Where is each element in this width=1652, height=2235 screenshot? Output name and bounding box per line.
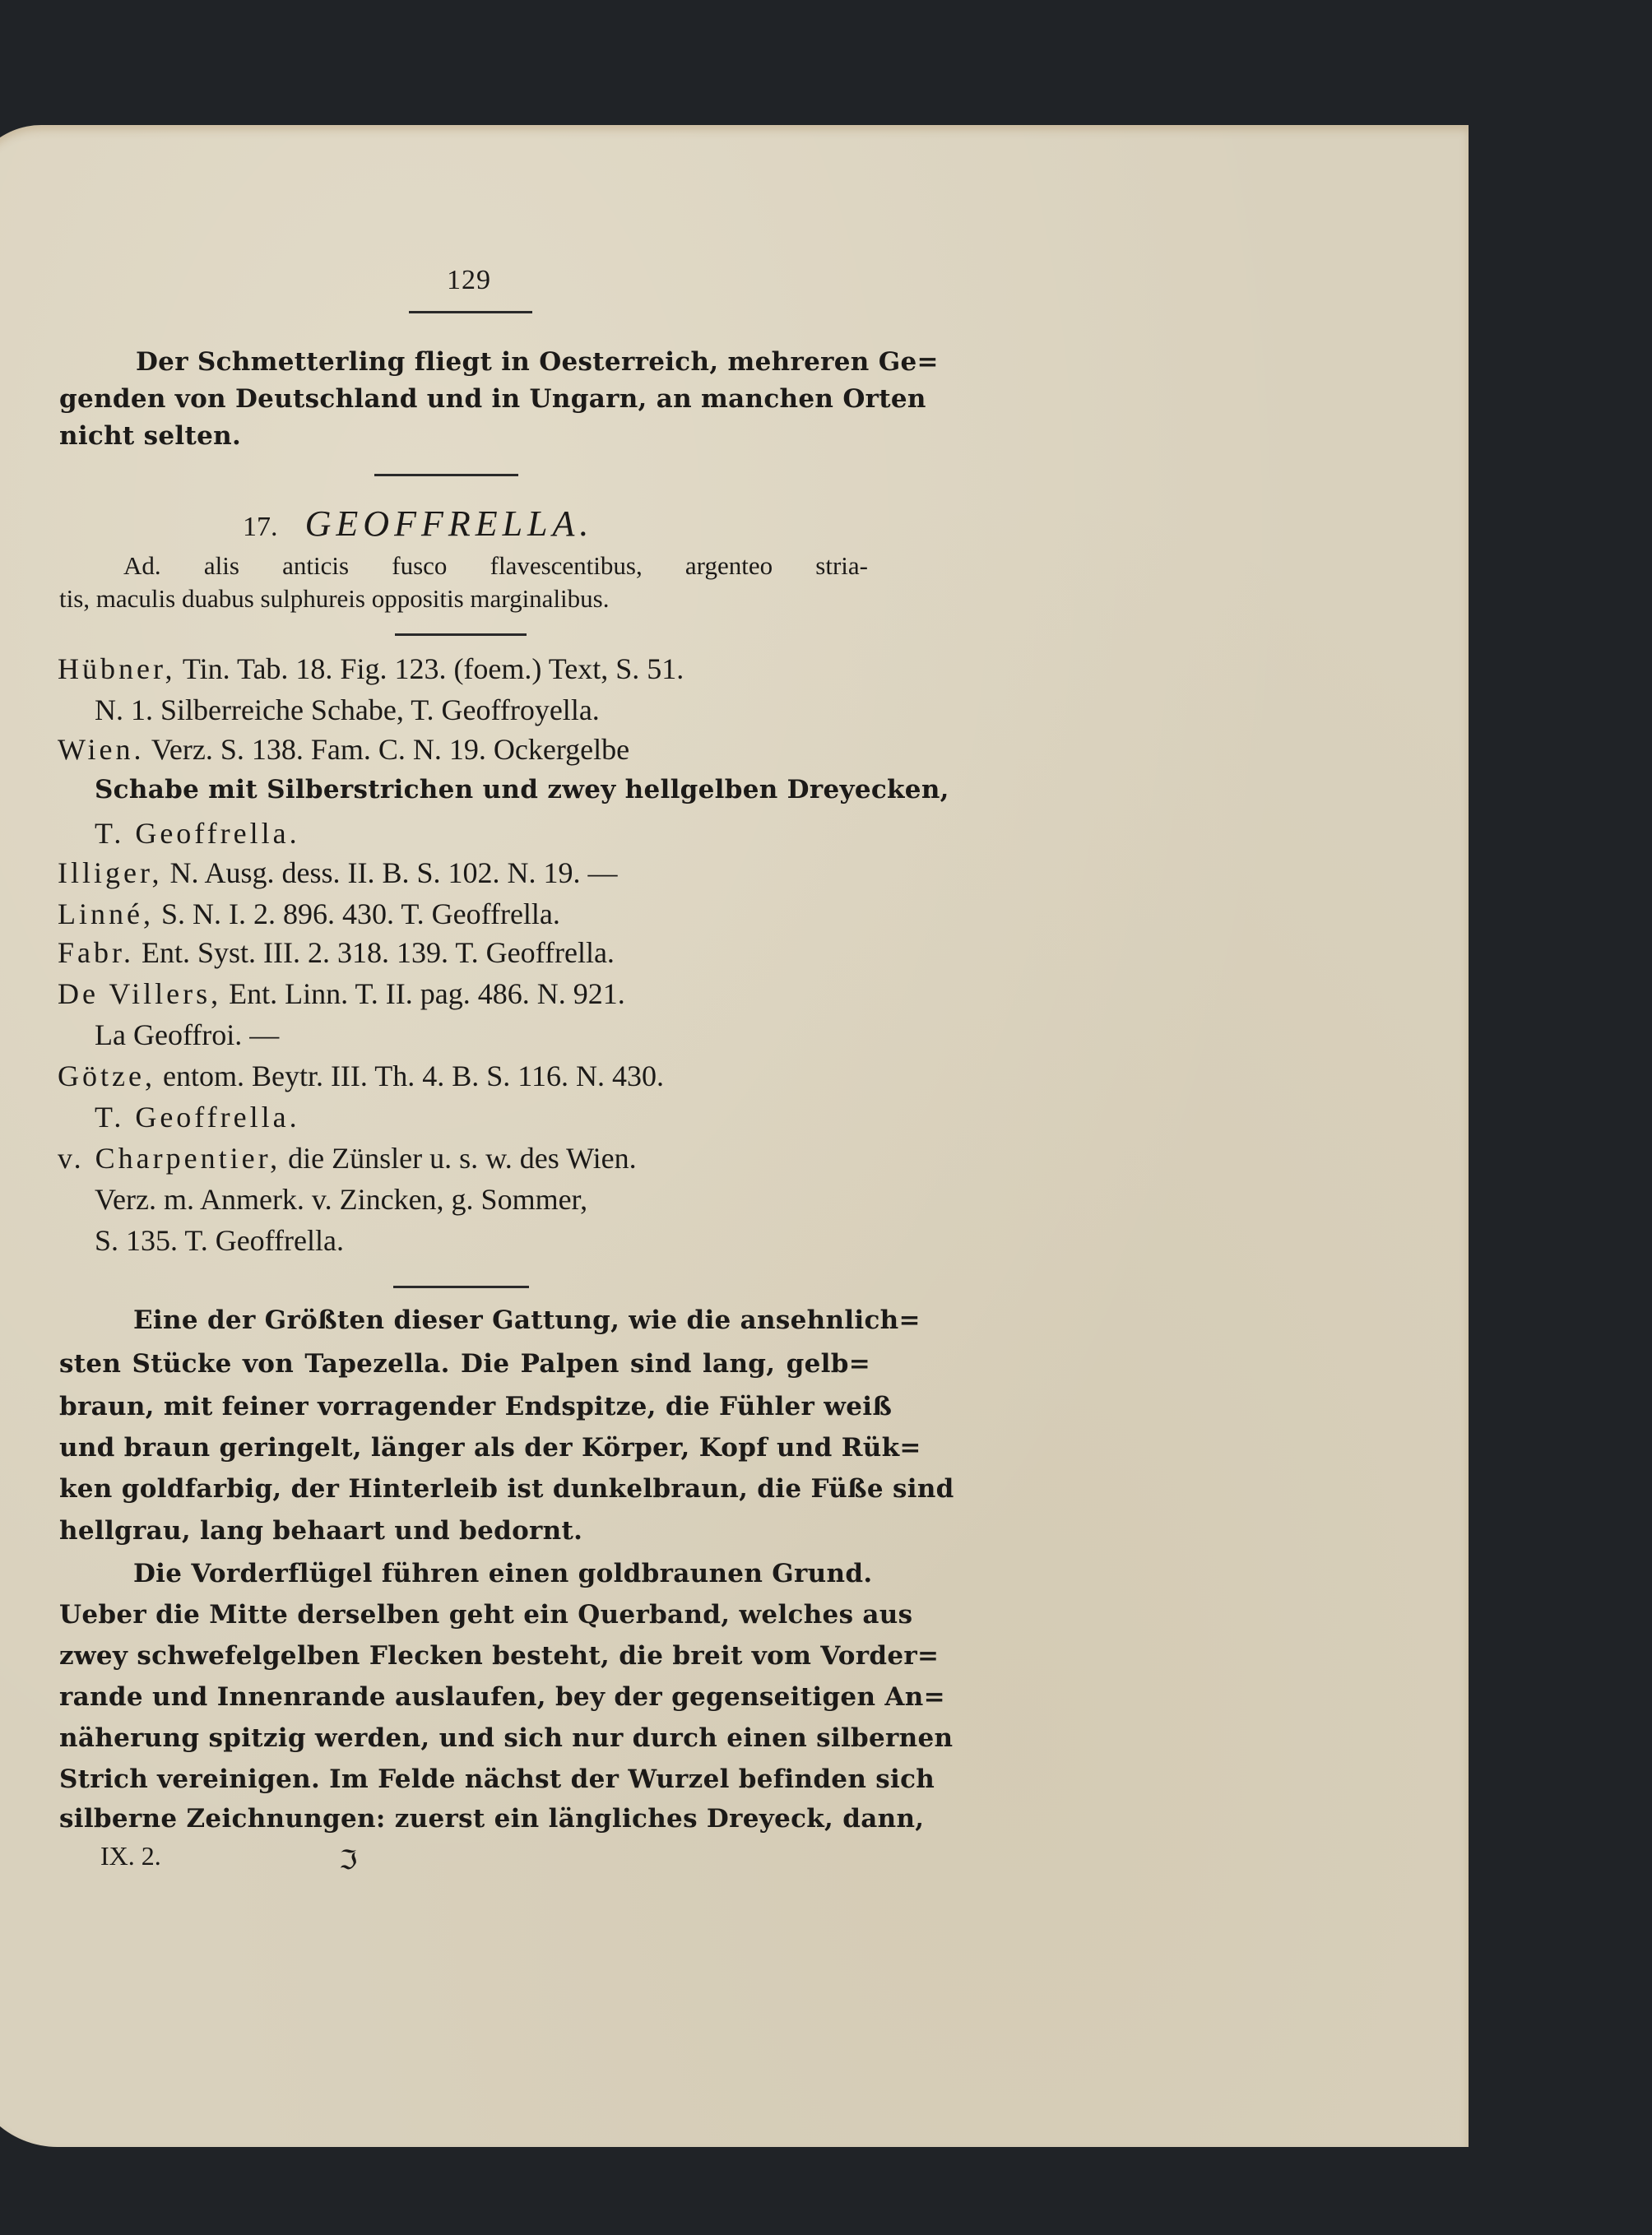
reference-charpentier: v. Charpentier, die Zünsler u. s. w. des… (58, 1143, 637, 1173)
section-divider (374, 474, 518, 476)
description-line: hellgrau, lang behaart und bedornt. (59, 1519, 582, 1544)
reference-text: S. N. I. 2. 896. 430. T. Geoffrella. (161, 897, 560, 930)
reference-text: entom. Beytr. III. Th. 4. B. S. 116. N. … (163, 1060, 664, 1092)
reference-text: Tin. Tab. 18. Fig. 123. (foem.) Text, S.… (183, 652, 684, 685)
description-line: braun, mit feiner vorragender Endspitze,… (59, 1394, 870, 1420)
reference-author: Fabr. (58, 936, 134, 969)
reference-text: Ent. Syst. III. 2. 318. 139. T. Geoffrel… (142, 936, 615, 969)
reference-author: Linné, (58, 897, 154, 930)
catchword-mark: ℑ (339, 1847, 357, 1873)
description-line: Die Vorderflügel führen einen goldbraune… (133, 1561, 870, 1587)
section-divider (393, 1286, 529, 1288)
reference-author: Götze, (58, 1060, 155, 1092)
description-line: Strich vereinigen. Im Felde nächst der W… (59, 1767, 870, 1792)
description-line: Eine der Größten dieser Gattung, wie die… (133, 1308, 870, 1333)
reference-text: S. 135. T. Geoffrella. (95, 1226, 344, 1255)
description-line: Ueber die Mitte derselben geht ein Querb… (59, 1602, 870, 1628)
reference-author: De Villers, (58, 977, 221, 1010)
reference-text: La Geoffroi. — (95, 1020, 279, 1050)
reference-text: N. 1. Silberreiche Schabe, T. Geoffroyel… (95, 695, 600, 725)
reference-author: Wien. (58, 733, 145, 766)
reference-text: Ent. Linn. T. II. pag. 486. N. 921. (229, 977, 625, 1010)
page-number: 129 (395, 265, 543, 296)
species-name: GEOFFRELLA. (305, 503, 594, 544)
reference-author: v. Charpentier, (58, 1142, 281, 1175)
species-diagnosis-line: tis, maculis duabus sulphureis oppositis… (59, 586, 609, 611)
section-divider (395, 633, 527, 636)
description-line: näherung spitzig werden, und sich nur du… (59, 1726, 870, 1751)
reference-text: N. Ausg. dess. II. B. S. 102. N. 19. — (170, 856, 618, 889)
description-line: und braun geringelt, länger als der Körp… (59, 1435, 870, 1461)
description-line: rande und Innenrande auslaufen, bey der … (59, 1685, 870, 1710)
reference-text: T. Geoffrella. (95, 1102, 300, 1132)
reference-author: Illiger, (58, 856, 163, 889)
description-line: zwey schwefelgelben Flecken besteht, die… (59, 1644, 870, 1669)
signature-mark: IX. 2. (100, 1843, 161, 1869)
reference-hubner: Hübner, Tin. Tab. 18. Fig. 123. (foem.) … (58, 654, 684, 684)
intro-line: Der Schmetterling fliegt in Oesterreich,… (136, 350, 870, 375)
description-line: silberne Zeichnungen: zuerst ein länglic… (59, 1806, 870, 1832)
reference-illiger: Illiger, N. Ausg. dess. II. B. S. 102. N… (58, 858, 618, 888)
intro-line: nicht selten. (59, 424, 241, 449)
species-diagnosis-line: Ad. alis anticis fusco flavescentibus, a… (123, 553, 868, 578)
page-number-rule (409, 311, 532, 313)
description-line: ken goldfarbig, der Hinterleib ist dunke… (59, 1477, 870, 1502)
species-heading: 17. GEOFFRELLA. (243, 506, 593, 542)
reference-linne: Linné, S. N. I. 2. 896. 430. T. Geoffrel… (58, 899, 560, 929)
reference-text: Verz. m. Anmerk. v. Zincken, g. Sommer, (95, 1185, 587, 1214)
reference-text: T. Geoffrella. (95, 818, 300, 848)
reference-text: Verz. S. 138. Fam. C. N. 19. Ockergelbe (151, 733, 629, 766)
reference-text: Schabe mit Silberstrichen und zwey hellg… (95, 777, 949, 803)
reference-fabricius: Fabr. Ent. Syst. III. 2. 318. 139. T. Ge… (58, 938, 615, 967)
description-line: sten Stücke von Tapezella. Die Palpen si… (59, 1352, 870, 1377)
reference-gotze: Götze, entom. Beytr. III. Th. 4. B. S. 1… (58, 1061, 664, 1091)
intro-line: genden von Deutschland und in Ungarn, an… (59, 387, 870, 412)
reference-author: Hübner, (58, 652, 176, 685)
reference-devillers: De Villers, Ent. Linn. T. II. pag. 486. … (58, 979, 625, 1009)
species-number: 17. (243, 512, 278, 542)
reference-text: die Zünsler u. s. w. des Wien. (288, 1142, 636, 1175)
reference-wien: Wien. Verz. S. 138. Fam. C. N. 19. Ocker… (58, 735, 629, 764)
